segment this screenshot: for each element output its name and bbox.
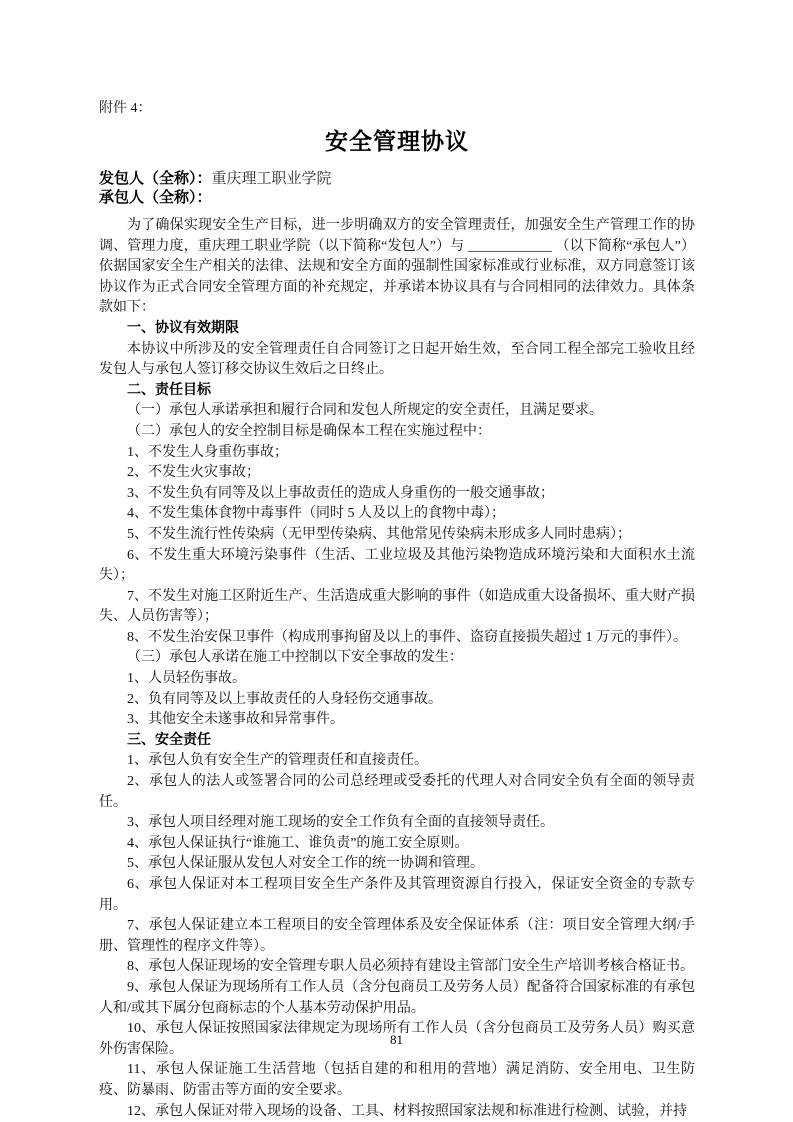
page-title: 安全管理协议 bbox=[99, 123, 695, 156]
paragraph: 3、承包人项目经理对施工现场的安全工作负有全面的直接领导责任。 bbox=[99, 813, 695, 834]
section-heading: 一、协议有效期限 bbox=[99, 319, 695, 340]
paragraph: 6、不发生重大环境污染事件（生活、工业垃圾及其他污染物造成环境污染和大面积水土流… bbox=[99, 546, 695, 587]
paragraph: （二）承包人的安全控制目标是确保本工程在实施过程中： bbox=[99, 422, 695, 443]
paragraph: （一）承包人承诺承担和履行合同和发包人所规定的安全责任，且满足要求。 bbox=[99, 401, 695, 422]
paragraph: 7、不发生对施工区附近生产、生活造成重大影响的事件（如造成重大设备损坏、重大财产… bbox=[99, 587, 695, 628]
section-heading: 二、责任目标 bbox=[99, 381, 695, 402]
paragraph: 为了确保实现安全生产目标，进一步明确双方的安全管理责任，加强安全生产管理工作的协… bbox=[99, 216, 695, 319]
paragraph: 2、承包人的法人或签署合同的公司总经理或受委托的代理人对合同安全负有全面的领导责… bbox=[99, 772, 695, 813]
section-heading: 三、安全责任 bbox=[99, 731, 695, 752]
party-line: 发包人（全称）：重庆理工职业学院 bbox=[99, 170, 695, 189]
paragraph: 2、负有同等及以上事故责任的人身轻伤交通事故。 bbox=[99, 690, 695, 711]
body-paragraphs: 为了确保实现安全生产目标，进一步明确双方的安全管理责任，加强安全生产管理工作的协… bbox=[99, 216, 695, 1122]
paragraph: （三）承包人承诺在施工中控制以下安全事故的发生： bbox=[99, 648, 695, 669]
party-label: 承包人（全称）： bbox=[99, 190, 212, 206]
paragraph: 8、不发生治安保卫事件（构成刑事拘留及以上的事件、盗窃直接损失超过 1 万元的事… bbox=[99, 628, 695, 649]
paragraph: 1、承包人负有安全生产的管理责任和直接责任。 bbox=[99, 751, 695, 772]
paragraph: 6、承包人保证对本工程项目安全生产条件及其管理资源自行投入，保证安全资金的专款专… bbox=[99, 875, 695, 916]
paragraph: 9、承包人保证为现场所有工作人员（含分包商员工及劳务人员）配备符合国家标准的有承… bbox=[99, 978, 695, 1019]
party-lines: 发包人（全称）：重庆理工职业学院承包人（全称）： bbox=[99, 170, 695, 208]
paragraph: 5、承包人保证服从发包人对安全工作的统一协调和管理。 bbox=[99, 854, 695, 875]
page-number: 81 bbox=[0, 1032, 793, 1048]
paragraph: 12、承包人保证对带入现场的设备、工具、材料按照国家法规和标准进行检测、试验，并… bbox=[99, 1102, 695, 1122]
document-content: 附件 4： 安全管理协议 发包人（全称）：重庆理工职业学院承包人（全称）： 为了… bbox=[99, 99, 695, 1122]
party-label: 发包人（全称）： bbox=[99, 171, 212, 187]
document-page: 附件 4： 安全管理协议 发包人（全称）：重庆理工职业学院承包人（全称）： 为了… bbox=[0, 0, 793, 1122]
paragraph: 3、其他安全未遂事故和异常事件。 bbox=[99, 710, 695, 731]
paragraph: 本协议中所涉及的安全管理责任自合同签订之日起开始生效，至合同工程全部完工验收且经… bbox=[99, 340, 695, 381]
paragraph: 1、人员轻伤事故。 bbox=[99, 669, 695, 690]
paragraph: 4、承包人保证执行“谁施工、谁负责”的施工安全原则。 bbox=[99, 834, 695, 855]
attachment-label: 附件 4： bbox=[99, 99, 695, 118]
paragraph: 4、不发生集体食物中毒事件（同时 5 人及以上的食物中毒）； bbox=[99, 504, 695, 525]
party-line: 承包人（全称）： bbox=[99, 189, 695, 208]
paragraph: 3、不发生负有同等及以上事故责任的造成人身重伤的一般交通事故； bbox=[99, 484, 695, 505]
paragraph: 1、不发生人身重伤事故； bbox=[99, 443, 695, 464]
party-value: 重庆理工职业学院 bbox=[212, 171, 332, 187]
paragraph: 11、承包人保证施工生活营地（包括自建的和租用的营地）满足消防、安全用电、卫生防… bbox=[99, 1060, 695, 1101]
paragraph: 5、不发生流行性传染病（无甲型传染病、其他常见传染病未形成多人同时患病）； bbox=[99, 525, 695, 546]
paragraph: 2、不发生火灾事故； bbox=[99, 463, 695, 484]
paragraph: 7、承包人保证建立本工程项目的安全管理体系及安全保证体系（注：项目安全管理大纲/… bbox=[99, 916, 695, 957]
paragraph: 8、承包人保证现场的安全管理专职人员必须持有建设主管部门安全生产培训考核合格证书… bbox=[99, 957, 695, 978]
